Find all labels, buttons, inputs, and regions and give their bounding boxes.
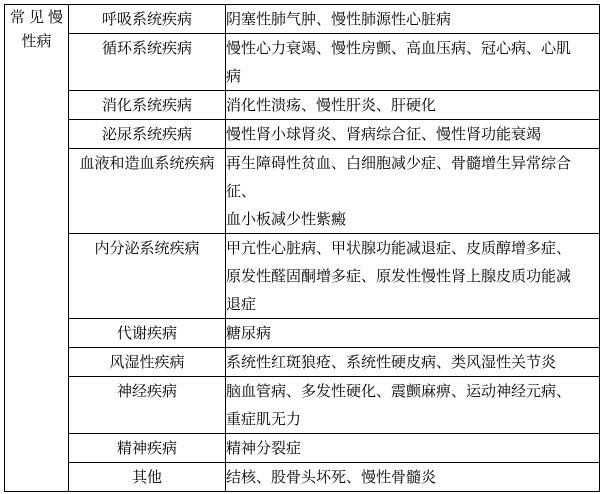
row-header-cell: 常见慢性病	[5, 5, 69, 492]
category-cell: 代谢疾病	[69, 319, 226, 348]
diseases-cell: 糖尿病	[226, 319, 600, 348]
disease-line: 重症肌无力	[226, 405, 599, 433]
category-cell: 其他	[69, 463, 226, 492]
disease-line: 退症	[226, 290, 599, 318]
table-row: 精神疾病精神分裂症	[5, 434, 600, 463]
category-cell: 消化系统疾病	[69, 91, 226, 120]
diseases-cell: 精神分裂症	[226, 434, 600, 463]
disease-line: 脑血管病、多发性硬化、震颤麻痹、运动神经元病、	[226, 377, 599, 405]
disease-line: 糖尿病	[226, 319, 599, 347]
table-row: 消化系统疾病消化性溃疡、慢性肝炎、肝硬化	[5, 91, 600, 120]
category-cell: 泌尿系统疾病	[69, 120, 226, 149]
row-header-line: 性病	[5, 29, 68, 53]
disease-line: 结核、股骨头坏死、慢性骨髓炎	[226, 463, 599, 491]
disease-line: 系统性红斑狼疮、系统性硬皮病、类风湿性关节炎	[226, 348, 599, 376]
diseases-cell: 慢性心力衰竭、慢性房颤、高血压病、冠心病、心肌病	[226, 34, 600, 91]
table-row: 内分泌系统疾病甲亢性心脏病、甲状腺功能减退症、皮质醇增多症、原发性醛固酮增多症、…	[5, 234, 600, 319]
table-row: 其他结核、股骨头坏死、慢性骨髓炎	[5, 463, 600, 492]
table-row: 神经疾病脑血管病、多发性硬化、震颤麻痹、运动神经元病、重症肌无力	[5, 377, 600, 434]
category-cell: 循环系统疾病	[69, 34, 226, 91]
table-row: 循环系统疾病慢性心力衰竭、慢性房颤、高血压病、冠心病、心肌病	[5, 34, 600, 91]
row-header-line: 常见慢	[5, 5, 68, 29]
category-cell: 呼吸系统疾病	[69, 5, 226, 34]
category-cell: 血液和造血系统疾病	[69, 149, 226, 234]
disease-line: 征、	[226, 177, 599, 205]
table-body: 常见慢性病呼吸系统疾病阴塞性肺气肿、慢性肺源性心脏病循环系统疾病慢性心力衰竭、慢…	[5, 5, 600, 492]
disease-line: 精神分裂症	[226, 434, 599, 462]
disease-line: 慢性肾小球肾炎、肾病综合征、慢性肾功能衰竭	[226, 120, 599, 148]
table-row: 常见慢性病呼吸系统疾病阴塞性肺气肿、慢性肺源性心脏病	[5, 5, 600, 34]
chronic-diseases-table: 常见慢性病呼吸系统疾病阴塞性肺气肿、慢性肺源性心脏病循环系统疾病慢性心力衰竭、慢…	[4, 4, 600, 492]
document-page: 常见慢性病呼吸系统疾病阴塞性肺气肿、慢性肺源性心脏病循环系统疾病慢性心力衰竭、慢…	[0, 0, 606, 494]
diseases-cell: 阴塞性肺气肿、慢性肺源性心脏病	[226, 5, 600, 34]
diseases-cell: 脑血管病、多发性硬化、震颤麻痹、运动神经元病、重症肌无力	[226, 377, 600, 434]
disease-line: 血小板减少性紫癜	[226, 205, 599, 233]
category-cell: 内分泌系统疾病	[69, 234, 226, 319]
diseases-cell: 甲亢性心脏病、甲状腺功能减退症、皮质醇增多症、原发性醛固酮增多症、原发性慢性肾上…	[226, 234, 600, 319]
table-row: 代谢疾病糖尿病	[5, 319, 600, 348]
disease-line: 甲亢性心脏病、甲状腺功能减退症、皮质醇增多症、	[226, 234, 599, 262]
disease-line: 慢性心力衰竭、慢性房颤、高血压病、冠心病、心肌	[226, 34, 599, 62]
table-row: 风湿性疾病系统性红斑狼疮、系统性硬皮病、类风湿性关节炎	[5, 348, 600, 377]
diseases-cell: 结核、股骨头坏死、慢性骨髓炎	[226, 463, 600, 492]
diseases-cell: 消化性溃疡、慢性肝炎、肝硬化	[226, 91, 600, 120]
category-cell: 神经疾病	[69, 377, 226, 434]
diseases-cell: 系统性红斑狼疮、系统性硬皮病、类风湿性关节炎	[226, 348, 600, 377]
diseases-cell: 慢性肾小球肾炎、肾病综合征、慢性肾功能衰竭	[226, 120, 600, 149]
category-cell: 风湿性疾病	[69, 348, 226, 377]
disease-line: 阴塞性肺气肿、慢性肺源性心脏病	[226, 5, 599, 33]
disease-line: 原发性醛固酮增多症、原发性慢性肾上腺皮质功能减	[226, 262, 599, 290]
table-row: 泌尿系统疾病慢性肾小球肾炎、肾病综合征、慢性肾功能衰竭	[5, 120, 600, 149]
diseases-cell: 再生障碍性贫血、白细胞减少症、骨髓增生异常综合征、血小板减少性紫癜	[226, 149, 600, 234]
disease-line: 消化性溃疡、慢性肝炎、肝硬化	[226, 91, 599, 119]
table-row: 血液和造血系统疾病再生障碍性贫血、白细胞减少症、骨髓增生异常综合征、血小板减少性…	[5, 149, 600, 234]
category-cell: 精神疾病	[69, 434, 226, 463]
disease-line: 再生障碍性贫血、白细胞减少症、骨髓增生异常综合	[226, 149, 599, 177]
disease-line: 病	[226, 62, 599, 90]
